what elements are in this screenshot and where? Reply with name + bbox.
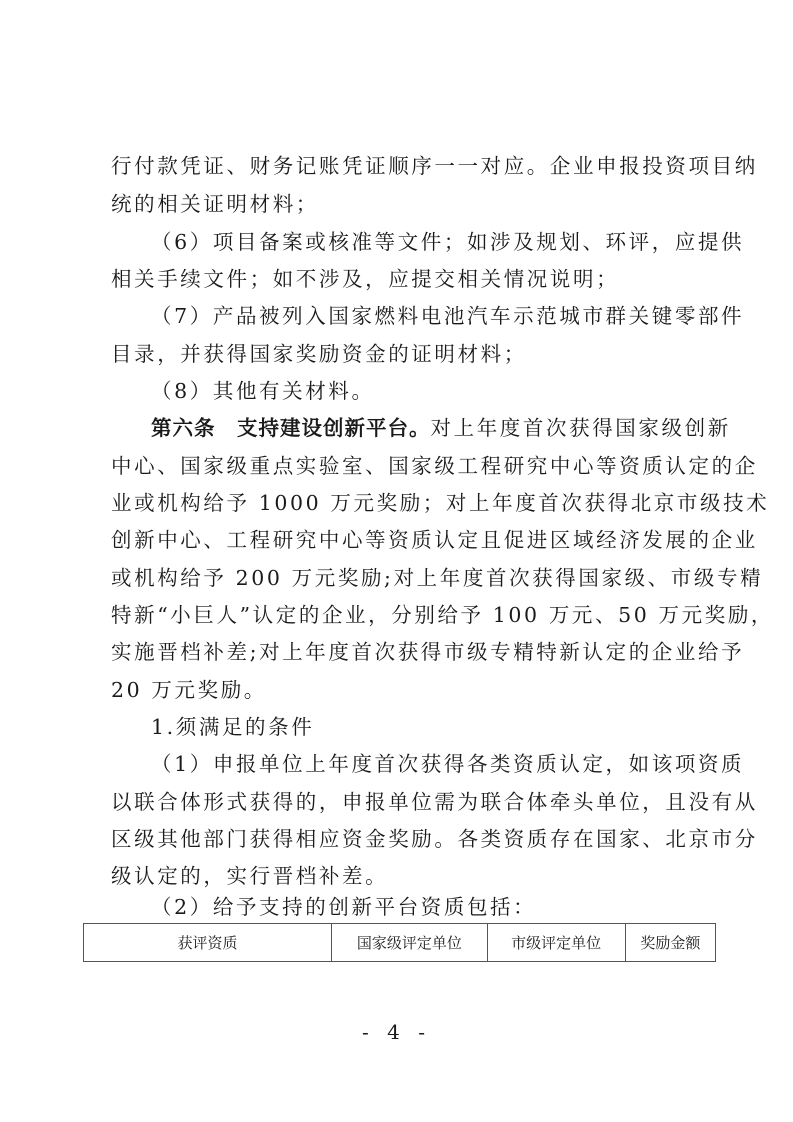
body-text-line: 以联合体形式获得的，申报单位需为联合体牵头单位，且没有从 (111, 788, 711, 816)
body-text-line: 相关手续文件；如不涉及，应提交相关情况说明； (111, 265, 711, 293)
article-6-text: 对上年度首次获得国家级创新 (431, 416, 731, 440)
body-text-line: 级认定的，实行晋档补差。 (111, 862, 711, 890)
qualification-table: 获评资质 国家级评定单位 市级评定单位 奖励金额 (83, 923, 716, 962)
article-6-heading: 第六条 支持建设创新平台。 (151, 416, 431, 440)
page-number: - 4 - (0, 1020, 793, 1044)
body-text-line: 统的相关证明材料； (111, 190, 711, 218)
header-national-unit: 国家级评定单位 (331, 924, 487, 962)
body-text-line: 区级其他部门获得相应资金奖励。各类资质存在国家、北京市分 (111, 825, 711, 853)
body-text-line: 目录，并获得国家奖励资金的证明材料； (111, 340, 711, 368)
list-item-8: （8）其他有关材料。 (151, 377, 751, 405)
list-item-6: （6）项目备案或核准等文件；如涉及规划、环评，应提供 (151, 228, 751, 256)
document-page: 行付款凭证、财务记账凭证顺序一一对应。企业申报投资项目纳 统的相关证明材料； （… (0, 0, 793, 1122)
table-header-row: 获评资质 国家级评定单位 市级评定单位 奖励金额 (84, 924, 716, 962)
body-text-line: 实施晋档补差;对上年度首次获得市级专精特新认定的企业给予 (111, 638, 711, 666)
condition-item-2: （2）给予支持的创新平台资质包括： (151, 893, 751, 921)
body-text-line: 中心、国家级重点实验室、国家级工程研究中心等资质认定的企 (111, 452, 711, 480)
body-text-line: 业或机构给予 1000 万元奖励；对上年度首次获得北京市级技术 (111, 489, 711, 517)
header-award-amount: 奖励金额 (625, 924, 715, 962)
header-municipal-unit: 市级评定单位 (487, 924, 625, 962)
body-text-line: 特新“小巨人”认定的企业，分别给予 100 万元、50 万元奖励， (111, 601, 711, 629)
conditions-title: 1.须满足的条件 (151, 713, 751, 741)
body-text-line: 行付款凭证、财务记账凭证顺序一一对应。企业申报投资项目纳 (111, 152, 711, 180)
condition-item-1: （1）申报单位上年度首次获得各类资质认定，如该项资质 (151, 750, 751, 778)
body-text-line: 创新中心、工程研究中心等资质认定且促进区域经济发展的企业 (111, 526, 711, 554)
header-qualification: 获评资质 (84, 924, 332, 962)
body-text-line: 20 万元奖励。 (111, 676, 711, 704)
article-6-first-line: 第六条 支持建设创新平台。对上年度首次获得国家级创新 (151, 414, 751, 442)
body-text-line: 或机构给予 200 万元奖励;对上年度首次获得国家级、市级专精 (111, 564, 711, 592)
list-item-7: （7）产品被列入国家燃料电池汽车示范城市群关键零部件 (151, 302, 751, 330)
